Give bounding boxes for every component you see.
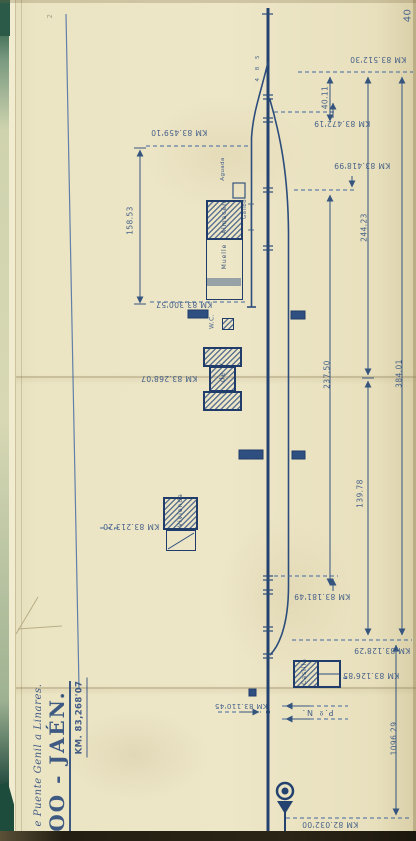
- km-label-crossing: KM 83.110'45: [213, 702, 269, 710]
- crossing-point-mark: [266, 710, 270, 714]
- dim-1096: 1096.29: [390, 716, 399, 762]
- km-label-station-axis: KM 83.268'07: [135, 374, 203, 383]
- dim-139: 139.78: [356, 474, 365, 514]
- wc-building: [222, 318, 234, 330]
- km-label-loop-north: KM 83.418'99: [330, 161, 394, 170]
- gradient-figures: 4 8 5: [255, 47, 261, 87]
- km-label-hut: KM 83.126'85: [340, 671, 402, 680]
- km-label-house: KM 83.213'20: [96, 522, 166, 531]
- pencil-note: 2: [46, 10, 54, 22]
- leader-arrows: [240, 103, 352, 719]
- disc-signal-icon: [277, 783, 293, 833]
- dock-shaded-band: [207, 278, 241, 286]
- under-page-sliver: [9, 0, 16, 841]
- station-title: OO - JAÉN.: [45, 681, 71, 841]
- km-label-siding-south: KM 83.300'57: [146, 300, 222, 309]
- dim-40: 40.11: [321, 81, 330, 115]
- binding-edge-strip: [0, 0, 9, 841]
- km-label-signal-advance: KM 83.512'30: [345, 55, 411, 64]
- house-label: Vivienda: [177, 494, 184, 527]
- scanned-station-plan: KM 83.512'30 KM 83.472'19 KM 83.459'10 K…: [0, 0, 416, 841]
- water-crane-label: Aguada: [220, 156, 226, 182]
- platforms: [188, 310, 305, 696]
- dim-loop-length: 237.50: [323, 355, 332, 395]
- hut-label: Casilla: [301, 658, 308, 685]
- km-label-switch-north: KM 83.472'19: [310, 119, 374, 128]
- house-yard: [166, 530, 196, 551]
- dim-siding-length: 158.53: [126, 201, 135, 241]
- scan-top-shade: [0, 0, 416, 3]
- frame-left-border: [66, 14, 79, 688]
- loop-track: [270, 98, 289, 655]
- km-label-loop-south: KM 83.181'49: [291, 592, 353, 601]
- station-km-title: KM. 83,268'07: [75, 678, 88, 758]
- level-crossing-label: P.º N.: [298, 708, 336, 717]
- scan-bottom-edge: [0, 831, 416, 841]
- passenger-building-label: E. de V.: [219, 357, 227, 398]
- dim-384: 384.01: [395, 354, 404, 394]
- page-edge-line: [18, 626, 62, 629]
- km-label-ref-south: KM 83.128'29: [350, 646, 414, 655]
- page-number: 40: [403, 6, 414, 26]
- km-label-signal-south: KM 82.032'00: [292, 820, 368, 829]
- wc-label: W.C.: [209, 314, 216, 330]
- goods-dock-label: Muelle: [221, 239, 228, 274]
- binding-corner-top: [0, 0, 10, 36]
- gauge-bracket: [248, 204, 254, 230]
- km-label-siding-north: KM 83.459'10: [141, 128, 217, 137]
- warehouse-label: Almacén: [221, 199, 228, 236]
- loading-gauge-label: Gálibo: [242, 196, 248, 222]
- dim-244: 244.23: [360, 208, 369, 248]
